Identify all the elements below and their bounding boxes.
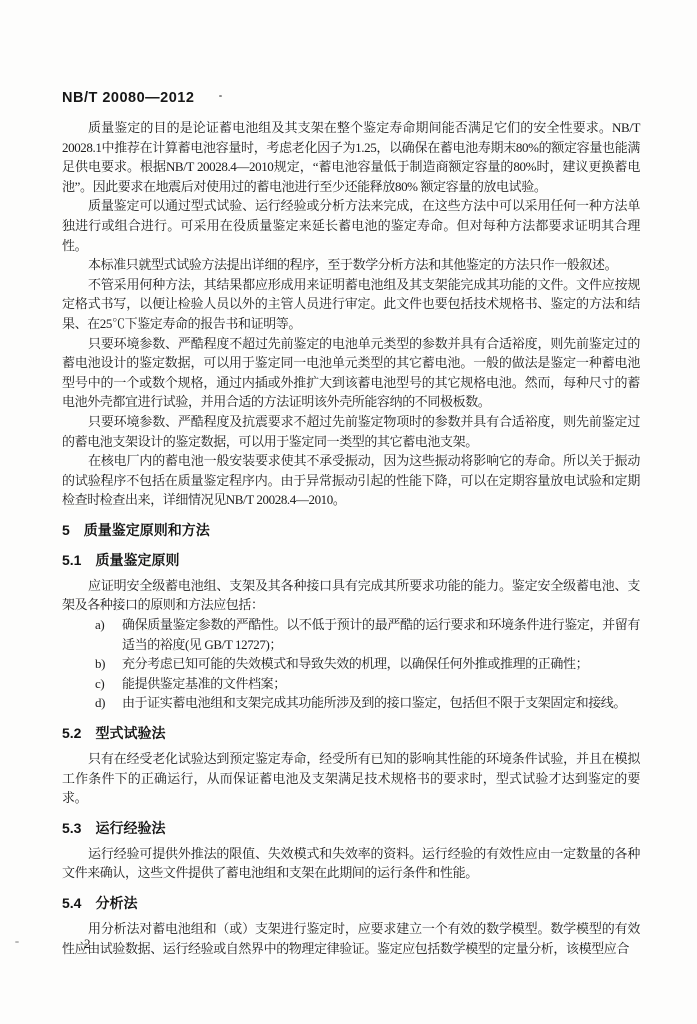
intro-paragraph-4: 不管采用何种方法，其结果都应形成用来证明蓄电池组及其支架能完成其功能的文件。文件… — [62, 275, 640, 334]
list-item: c) 能提供鉴定基准的文件档案； — [95, 674, 640, 694]
list-item-text: 充分考虑已知可能的失效模式和导致失效的机理，以确保任何外推或推理的正确性； — [122, 654, 640, 674]
list-item: a) 确保质量鉴定参数的严酷性。以不低于预计的最严酷的运行要求和环境条件进行鉴定… — [95, 615, 640, 654]
scanned-document-page: NB/T 20080—2012 质量鉴定的目的是论证蓄电池组及其支架在整个鉴定寿… — [0, 0, 697, 1024]
intro-paragraph-6: 只要环境参数、严酷程度及抗震要求不超过先前鉴定物项时的参数并具有合适裕度，则先前… — [62, 412, 640, 451]
list-item-text: 确保质量鉴定参数的严酷性。以不低于预计的最严酷的运行要求和环境条件进行鉴定，并留… — [122, 615, 640, 654]
page-content: NB/T 20080—2012 质量鉴定的目的是论证蓄电池组及其支架在整个鉴定寿… — [62, 88, 640, 958]
section-5-1-number: 5.1 — [62, 552, 81, 568]
intro-paragraph-2: 质量鉴定可以通过型式试验、运行经验或分析方法来完成，在这些方法中可以采用任何一种… — [62, 196, 640, 255]
section-5-2-number: 5.2 — [62, 725, 81, 741]
section-5-3-title: 运行经验法 — [95, 820, 165, 836]
section-5-4-heading: 5.4分析法 — [62, 893, 640, 913]
section-5-1-heading: 5.1质量鉴定原则 — [62, 550, 640, 570]
section-5-number: 5 — [62, 522, 70, 538]
section-5-1-lead-paragraph: 应证明安全级蓄电池组、支架及其各种接口具有完成其所要求功能的能力。鉴定安全级蓄电… — [62, 576, 640, 615]
section-5-3-paragraph: 运行经验可提供外推法的限值、失效模式和失效率的资料。运行经验的有效性应由一定数量… — [62, 844, 640, 883]
section-5-2-heading: 5.2型式试验法 — [62, 723, 640, 743]
intro-paragraph-3: 本标准只就型式试验方法提出详细的程序，至于数学分析方法和其他鉴定的方法只作一般叙… — [62, 255, 640, 275]
intro-paragraph-5: 只要环境参数、严酷程度不超过先前鉴定的电池单元类型的参数并具有合适裕度，则先前鉴… — [62, 334, 640, 412]
section-5-4-paragraph: 用分析法对蓄电池组和（或）支架进行鉴定时，应要求建立一个有效的数学模型。数学模型… — [62, 919, 640, 958]
list-item: b) 充分考虑已知可能的失效模式和导致失效的机理，以确保任何外推或推理的正确性； — [95, 654, 640, 674]
scan-artifact — [15, 941, 19, 943]
principles-list: a) 确保质量鉴定参数的严酷性。以不低于预计的最严酷的运行要求和环境条件进行鉴定… — [62, 615, 640, 713]
list-item-text: 由于证实蓄电池组和支架完成其功能所涉及到的接口鉴定，包括但不限于支架固定和接线。 — [122, 693, 640, 713]
section-5-heading: 5质量鉴定原则和方法 — [62, 520, 640, 540]
list-item: d) 由于证实蓄电池组和支架完成其功能所涉及到的接口鉴定，包括但不限于支架固定和… — [95, 693, 640, 713]
list-item-marker: a) — [95, 615, 122, 654]
section-5-4-title: 分析法 — [95, 895, 137, 911]
section-5-3-heading: 5.3运行经验法 — [62, 818, 640, 838]
list-item-marker: b) — [95, 654, 122, 674]
list-item-marker: c) — [95, 674, 122, 694]
section-5-1-title: 质量鉴定原则 — [95, 552, 179, 568]
intro-paragraph-7: 在核电厂内的蓄电池一般安装要求使其不承受振动，因为这些振动将影响它的寿命。所以关… — [62, 451, 640, 510]
document-code-header: NB/T 20080—2012 — [62, 88, 640, 108]
section-5-3-number: 5.3 — [62, 820, 81, 836]
section-5-title: 质量鉴定原则和方法 — [84, 522, 210, 538]
section-5-2-paragraph: 只有在经受老化试验达到预定鉴定寿命，经受所有已知的影响其性能的环境条件试验，并且… — [62, 749, 640, 808]
section-5-2-title: 型式试验法 — [95, 725, 165, 741]
page-number: 2 — [84, 936, 91, 952]
list-item-marker: d) — [95, 693, 122, 713]
list-item-text: 能提供鉴定基准的文件档案； — [122, 674, 640, 694]
section-5-4-number: 5.4 — [62, 895, 81, 911]
intro-paragraph-1: 质量鉴定的目的是论证蓄电池组及其支架在整个鉴定寿命期间能否满足它们的安全性要求。… — [62, 118, 640, 196]
